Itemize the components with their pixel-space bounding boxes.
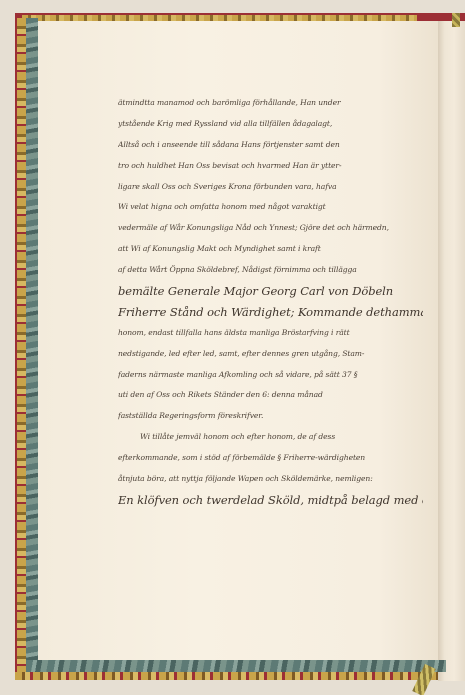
next-page-edge — [438, 21, 465, 681]
marbled-endpaper-left — [26, 18, 38, 670]
text-line: tro och huldhet Han Oss bevisat och hvar… — [118, 156, 423, 177]
text-line: honom, endast tillfalla hans äldsta manl… — [118, 323, 423, 344]
text-line: åtnjuta böra, att nyttja följande Wapen … — [118, 469, 423, 490]
text-line: ligare skall Oss och Sveriges Krona förb… — [118, 177, 423, 198]
text-line: ytstående Krig med Ryssland vid alla til… — [118, 114, 423, 135]
text-line-blazon: En klöfven och twerdelad Sköld, midtpå b… — [118, 490, 423, 511]
marbled-endpaper-bottom — [26, 660, 446, 672]
manuscript-text: ätmindtta manamod och barömliga förhålla… — [118, 93, 423, 511]
text-line: nedstigande, led efter led, samt, efter … — [118, 344, 423, 365]
text-line-title: Friherre Stånd och Wärdighet; Kommande d… — [118, 302, 423, 323]
text-line: ätmindtta manamod och barömliga förhålla… — [118, 93, 423, 114]
text-line: Wi tillåte jemväl honom och efter honom,… — [118, 427, 423, 448]
gilt-edge-bottom — [15, 672, 445, 680]
text-line: vedermäle af Wår Konungsliga Nåd och Ynn… — [118, 218, 423, 239]
ribbon-cord-top — [452, 13, 460, 27]
text-line: Wi velat higna och omfatta honom med någ… — [118, 197, 423, 218]
text-line: att Wi af Konungslig Makt och Myndighet … — [118, 239, 423, 260]
gilt-edge-left — [17, 18, 26, 678]
text-line: efterkommande, som i stöd af förbemälde … — [118, 448, 423, 469]
text-line: af detta Wårt Öppna Sköldebref, Nådigst … — [118, 260, 423, 281]
text-line-name: bemälte Generale Major Georg Carl von Dö… — [118, 281, 423, 302]
text-line: uti den af Oss och Rikets Ständer den 6:… — [118, 385, 423, 406]
text-line: Alltså och i anseende till sådana Hans f… — [118, 135, 423, 156]
text-line: fastställda Regeringsform föreskrifver. — [118, 406, 423, 427]
text-line: faderns närmaste manliga Afkomling och s… — [118, 365, 423, 386]
